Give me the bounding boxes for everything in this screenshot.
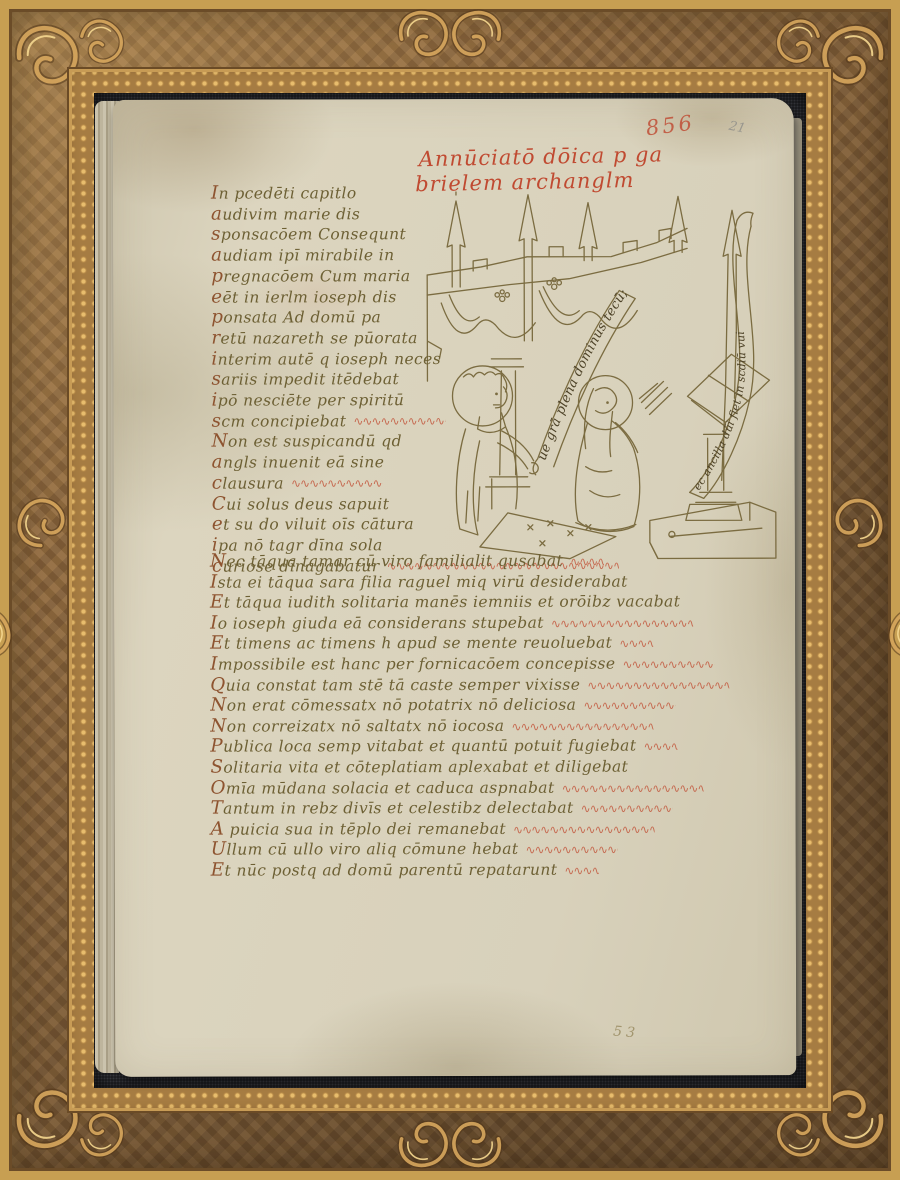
red-line-filler-icon: ∿∿∿∿∿∿∿∿∿∿∿∿∿∿∿∿∿∿∿∿∿∿∿∿∿∿∿∿∿∿ xyxy=(619,634,653,648)
text-line-content: Omīa mūdana solacia et caduca aspnabat xyxy=(211,778,555,797)
mary-figure xyxy=(575,375,672,531)
text-line-content: audivim marie dis xyxy=(211,205,360,223)
text-line: interim autē q ioseph neces xyxy=(211,349,443,370)
text-line-content: Impossibile est hanc per fornicacōem con… xyxy=(210,655,615,674)
column-text-block: In pcedēti capitlo audivim marie dis spo… xyxy=(211,183,444,577)
text-line: Non est suspicandū qd xyxy=(212,431,444,452)
text-line-content: ipō nesciēte per spiritū xyxy=(211,391,404,410)
text-line: Quia constat tam stē tā caste semper vix… xyxy=(210,674,770,696)
text-line: Cui solus deus sapuit xyxy=(212,494,444,515)
text-line-content: Tantum in rebz divīs et celestibz delect… xyxy=(211,799,574,818)
red-line-filler-icon: ∿∿∿∿∿∿∿∿∿∿∿∿∿∿∿∿∿∿∿∿∿∿∿∿∿∿∿∿∿∿ xyxy=(551,613,693,627)
text-line: pregnacōem Cum maria xyxy=(211,266,443,287)
text-line: ponsata Ad domū pa xyxy=(211,307,443,328)
text-line: Impossibile est hanc per fornicacōem con… xyxy=(210,653,770,675)
text-line: Ista ei tāqua sara filia raguel miq virū… xyxy=(210,571,770,593)
text-line-content: Ullum cū ullo viro aliq cōmune hebat xyxy=(211,840,519,859)
text-line: In pcedēti capitlo xyxy=(211,183,443,204)
text-line-content: sponsacōem Consequnt xyxy=(211,226,406,245)
text-line-content: Publica loca semp vitabat et quantū potu… xyxy=(210,737,636,756)
red-line-filler-icon: ∿∿∿∿∿∿∿∿∿∿∿∿∿∿∿∿∿∿∿∿∿∿∿∿∿∿∿∿∿∿ xyxy=(583,696,675,710)
annunciation-drawing: ue grā plena dominus tecū; xyxy=(419,190,792,563)
text-line-content: retū nazareth se pūorata xyxy=(211,329,417,348)
red-line-filler-icon: ∿∿∿∿∿∿∿∿∿∿∿∿∿∿∿∿∿∿∿∿∿∿∿∿∿∿∿∿∿∿ xyxy=(570,552,604,566)
text-line-content: Solitaria vita et cōteplatiam aplexabat … xyxy=(210,757,628,776)
red-line-filler-icon: ∿∿∿∿∿∿∿∿∿∿∿∿∿∿∿∿∿∿∿∿∿∿∿∿∿∿∿∿∿∿ xyxy=(587,675,729,689)
text-line: audiam ipī mirabile in xyxy=(211,245,443,266)
text-line: eēt in ierlm ioseph dis xyxy=(211,287,443,308)
text-line: Tantum in rebz divīs et celestibz delect… xyxy=(211,797,771,819)
text-line-content: Non est suspicandū qd xyxy=(212,433,402,451)
text-line: Publica loca semp vitabat et quantū potu… xyxy=(210,736,770,758)
text-line: Ullum cū ullo viro aliq cōmune hebat∿∿∿∿… xyxy=(211,838,771,860)
red-line-filler-icon: ∿∿∿∿∿∿∿∿∿∿∿∿∿∿∿∿∿∿∿∿∿∿∿∿∿∿∿∿∿∿ xyxy=(513,819,655,833)
text-line: clausura∿∿∿∿∿∿∿∿∿∿∿∿∿∿∿∿∿∿∿∿∿∿∿∿∿∿∿∿∿∿ xyxy=(212,473,444,494)
bottom-quire-mark: 53 xyxy=(613,1023,640,1041)
svg-text:ue grā plena dominus tecū;: ue grā plena dominus tecū; xyxy=(534,286,631,462)
text-line: Omīa mūdana solacia et caduca aspnabat∿∿… xyxy=(210,777,770,799)
text-line-content: Nec tāqua tamar cū viro familialit qusab… xyxy=(210,552,563,571)
text-line: Io ioseph giuda eā considerans stupebat∿… xyxy=(210,612,770,634)
gabriel-banderole-text: ue grā plena dominus tecū; xyxy=(534,286,631,462)
red-line-filler-icon: ∿∿∿∿∿∿∿∿∿∿∿∿∿∿∿∿∿∿∿∿∿∿∿∿∿∿∿∿∿∿ xyxy=(291,474,383,488)
text-line-content: Et nūc postq ad domū parentū repatarunt xyxy=(211,861,558,880)
text-line-content: Cui solus deus sapuit xyxy=(212,495,390,513)
red-line-filler-icon: ∿∿∿∿∿∿∿∿∿∿∿∿∿∿∿∿∿∿∿∿∿∿∿∿∿∿∿∿∿∿ xyxy=(581,799,673,813)
mary-banderole-text: ec ancilla dūi fiet in scdiū vui xyxy=(690,330,749,492)
text-line-content: pregnacōem Cum maria xyxy=(211,267,410,286)
text-line-content: Non erat cōmessatx nō potatrix nō delici… xyxy=(210,696,576,715)
text-line: Solitaria vita et cōteplatiam aplexabat … xyxy=(210,756,770,778)
text-line: et su do viluit oīs cātura xyxy=(212,514,444,535)
text-line: Et nūc postq ad domū parentū repatarunt∿… xyxy=(211,859,771,881)
text-line-content: ponsata Ad domū pa xyxy=(211,308,381,326)
folio-number-pencil: 21 xyxy=(727,119,746,137)
manuscript-page: 856 21 Annūciatō dōica p ga brielem arch… xyxy=(113,98,797,1077)
text-line: ipō nesciēte per spiritū xyxy=(211,390,443,411)
red-line-filler-icon: ∿∿∿∿∿∿∿∿∿∿∿∿∿∿∿∿∿∿∿∿∿∿∿∿∿∿∿∿∿∿ xyxy=(562,778,704,792)
text-line-content: Io ioseph giuda eā considerans stupebat xyxy=(210,614,544,633)
red-line-filler-icon: ∿∿∿∿∿∿∿∿∿∿∿∿∿∿∿∿∿∿∿∿∿∿∿∿∿∿∿∿∿∿ xyxy=(511,716,653,730)
red-line-filler-icon: ∿∿∿∿∿∿∿∿∿∿∿∿∿∿∿∿∿∿∿∿∿∿∿∿∿∿∿∿∿∿ xyxy=(643,737,677,751)
text-line-content: Et timens ac timens h apud se mente reuo… xyxy=(210,634,612,653)
text-line: scm concipiebat∿∿∿∿∿∿∿∿∿∿∿∿∿∿∿∿∿∿∿∿∿∿∿∿∿… xyxy=(212,411,444,432)
text-line: retū nazareth se pūorata xyxy=(211,328,443,349)
text-line-content: Et tāqua iudith solitaria manēs iemniis … xyxy=(210,593,680,612)
rubric-title: Annūciatō dōica p ga brielem archanglm xyxy=(418,142,663,197)
red-line-filler-icon: ∿∿∿∿∿∿∿∿∿∿∿∿∿∿∿∿∿∿∿∿∿∿∿∿∿∿∿∿∿∿ xyxy=(353,412,445,426)
red-line-filler-icon: ∿∿∿∿∿∿∿∿∿∿∿∿∿∿∿∿∿∿∿∿∿∿∿∿∿∿∿∿∿∿ xyxy=(564,861,598,875)
text-line: Non correizatx nō saltatx nō iocosa∿∿∿∿∿… xyxy=(210,715,770,737)
text-line-content: sariis impedit itēdebat xyxy=(211,370,399,388)
text-line-content: et su do viluit oīs cātura xyxy=(212,515,414,534)
text-line-content: audiam ipī mirabile in xyxy=(211,246,394,264)
text-line: angls inuenit eā sine xyxy=(212,452,444,473)
text-line: A puicia sua in tēplo dei remanebat∿∿∿∿∿… xyxy=(211,818,771,840)
text-line-content: eēt in ierlm ioseph dis xyxy=(211,288,396,306)
text-line: Et timens ac timens h apud se mente reuo… xyxy=(210,633,770,655)
text-line-content: Quia constat tam stē tā caste semper vix… xyxy=(210,675,580,694)
verse-text-block: Nec tāqua tamar cū viro familialit qusab… xyxy=(210,550,771,881)
text-line-content: In pcedēti capitlo xyxy=(211,184,357,202)
mary-scroll: ec ancilla dūi fiet in scdiū vui xyxy=(689,212,754,498)
text-line: sariis impedit itēdebat xyxy=(211,369,443,390)
folio-number-red: 856 xyxy=(644,110,696,140)
red-line-filler-icon: ∿∿∿∿∿∿∿∿∿∿∿∿∿∿∿∿∿∿∿∿∿∿∿∿∿∿∿∿∿∿ xyxy=(525,840,617,854)
svg-text:ec ancilla dūi fiet in scdiū v: ec ancilla dūi fiet in scdiū vui xyxy=(690,330,749,492)
text-line-content: interim autē q ioseph neces xyxy=(211,350,441,369)
text-line-content: angls inuenit eā sine xyxy=(212,453,385,471)
red-line-filler-icon: ∿∿∿∿∿∿∿∿∿∿∿∿∿∿∿∿∿∿∿∿∿∿∿∿∿∿∿∿∿∿ xyxy=(622,654,714,668)
gabriel-figure xyxy=(452,366,538,535)
text-line-content: Non correizatx nō saltatx nō iocosa xyxy=(210,717,504,736)
text-line: sponsacōem Consequnt xyxy=(211,224,443,245)
text-line-content: scm concipiebat xyxy=(212,412,347,430)
text-line: Non erat cōmessatx nō potatrix nō delici… xyxy=(210,694,770,716)
text-line: audivim marie dis xyxy=(211,204,443,225)
framed-manuscript: 856 21 Annūciatō dōica p ga brielem arch… xyxy=(0,0,900,1180)
text-line-content: A puicia sua in tēplo dei remanebat xyxy=(211,820,506,839)
text-line: Et tāqua iudith solitaria manēs iemniis … xyxy=(210,591,770,613)
text-line-content: clausura xyxy=(212,474,284,492)
text-line-content: Ista ei tāqua sara filia raguel miq virū… xyxy=(210,572,628,591)
text-line: Nec tāqua tamar cū viro familialit qusab… xyxy=(210,550,770,572)
